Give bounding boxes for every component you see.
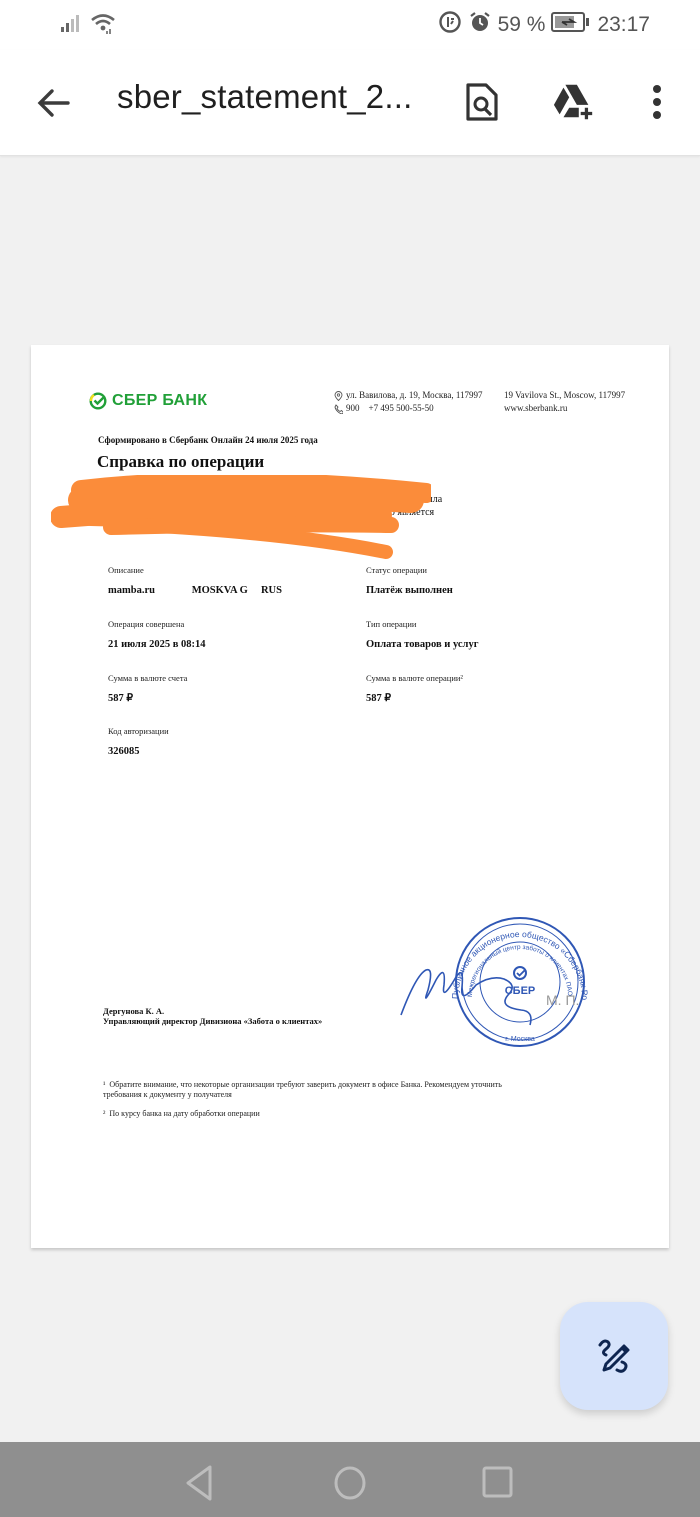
data-saver-icon <box>438 10 462 40</box>
system-nav-bar <box>0 1442 700 1517</box>
nav-back-icon <box>180 1462 220 1502</box>
battery-charging-icon <box>551 11 591 39</box>
annotate-button[interactable] <box>560 1302 668 1410</box>
signatory: Дергунова К. А. Управляющий директор Див… <box>103 1006 322 1026</box>
app-bar: sber_statement_2... <box>0 50 700 156</box>
sber-logo: СБЕР БАНК <box>89 392 207 410</box>
document-page: СБЕР БАНК ул. Вавилова, д. 19, Москва, 1… <box>31 345 669 1248</box>
svg-text:Межрегиональный центр заботы о: Межрегиональный центр заботы о клиентах … <box>396 915 573 998</box>
nav-home-button[interactable] <box>330 1462 370 1502</box>
page-title: Справка по операции <box>97 452 264 472</box>
sber-check-icon <box>89 392 107 410</box>
amount-account-value: 587 ₽ <box>108 692 133 704</box>
status-value: Платёж выполнен <box>366 585 453 596</box>
nav-back-button[interactable] <box>180 1462 220 1502</box>
add-to-drive-icon <box>552 82 596 122</box>
type-label: Тип операции <box>366 619 416 629</box>
document-title: sber_statement_2... <box>117 78 412 116</box>
address-ru: ул. Вавилова, д. 19, Москва, 117997 <box>346 389 483 402</box>
status-bar: 59 % 23:17 <box>0 0 700 50</box>
phone-icon <box>334 404 343 414</box>
footnote-1: ¹Обратите внимание, что некоторые органи… <box>103 1080 503 1100</box>
clock-time: 23:17 <box>597 13 650 37</box>
redaction-scribble <box>51 475 431 565</box>
back-arrow-icon <box>34 83 74 123</box>
formed-note: Сформировано в Сбербанк Онлайн 24 июля 2… <box>98 435 318 445</box>
phone-numbers: 900 +7 495 500-55-50 <box>346 402 434 415</box>
add-to-drive-button[interactable] <box>552 80 596 124</box>
signal-icon <box>60 13 82 38</box>
nav-home-icon <box>330 1462 370 1502</box>
type-value: Оплата товаров и услуг <box>366 639 478 650</box>
footnote-2: ²По курсу банка на дату обработки операц… <box>103 1109 260 1119</box>
address-en-block: 19 Vavilova St., Moscow, 117997 www.sber… <box>504 389 625 415</box>
address-ru-block: ул. Вавилова, д. 19, Москва, 117997 900 … <box>334 389 483 415</box>
official-stamp: Публичное акционерное общество «Сбербанк… <box>396 915 596 1050</box>
signatory-title: Управляющий директор Дивизиона «Забота о… <box>103 1016 322 1026</box>
more-vertical-icon <box>652 84 662 120</box>
more-options-button[interactable] <box>635 80 679 124</box>
amount-operation-label: Сумма в валюте операции² <box>366 673 463 683</box>
description-value: mamba.ru MOSKVA G RUS <box>108 585 282 596</box>
nav-recents-icon <box>478 1462 518 1502</box>
alarm-icon <box>468 10 492 40</box>
back-button[interactable] <box>34 83 74 123</box>
search-in-document-button[interactable] <box>460 80 504 124</box>
svg-text:г. Москва: г. Москва <box>505 1036 535 1043</box>
auth-code-value: 326085 <box>108 746 140 757</box>
description-label: Описание <box>108 565 144 575</box>
status-label: Статус операции <box>366 565 427 575</box>
wifi-icon <box>90 12 116 39</box>
amount-operation-value: 587 ₽ <box>366 692 391 704</box>
signatory-name: Дергунова К. А. <box>103 1006 322 1016</box>
svg-text:М. П.: М. П. <box>546 992 579 1008</box>
amount-account-label: Сумма в валюте счета <box>108 673 187 683</box>
search-in-document-icon <box>464 81 500 123</box>
location-pin-icon <box>334 391 343 401</box>
nav-recents-button[interactable] <box>478 1462 518 1502</box>
address-en: 19 Vavilova St., Moscow, 117997 <box>504 389 625 402</box>
annotate-pen-icon <box>594 1336 634 1376</box>
auth-code-label: Код авторизации <box>108 726 169 736</box>
completed-value: 21 июля 2025 в 08:14 <box>108 639 206 650</box>
website: www.sberbank.ru <box>504 402 625 415</box>
completed-label: Операция совершена <box>108 619 184 629</box>
battery-percent: 59 % <box>498 13 546 37</box>
logo-text: СБЕР БАНК <box>112 392 207 410</box>
svg-text:СБЕР: СБЕР <box>505 985 536 997</box>
